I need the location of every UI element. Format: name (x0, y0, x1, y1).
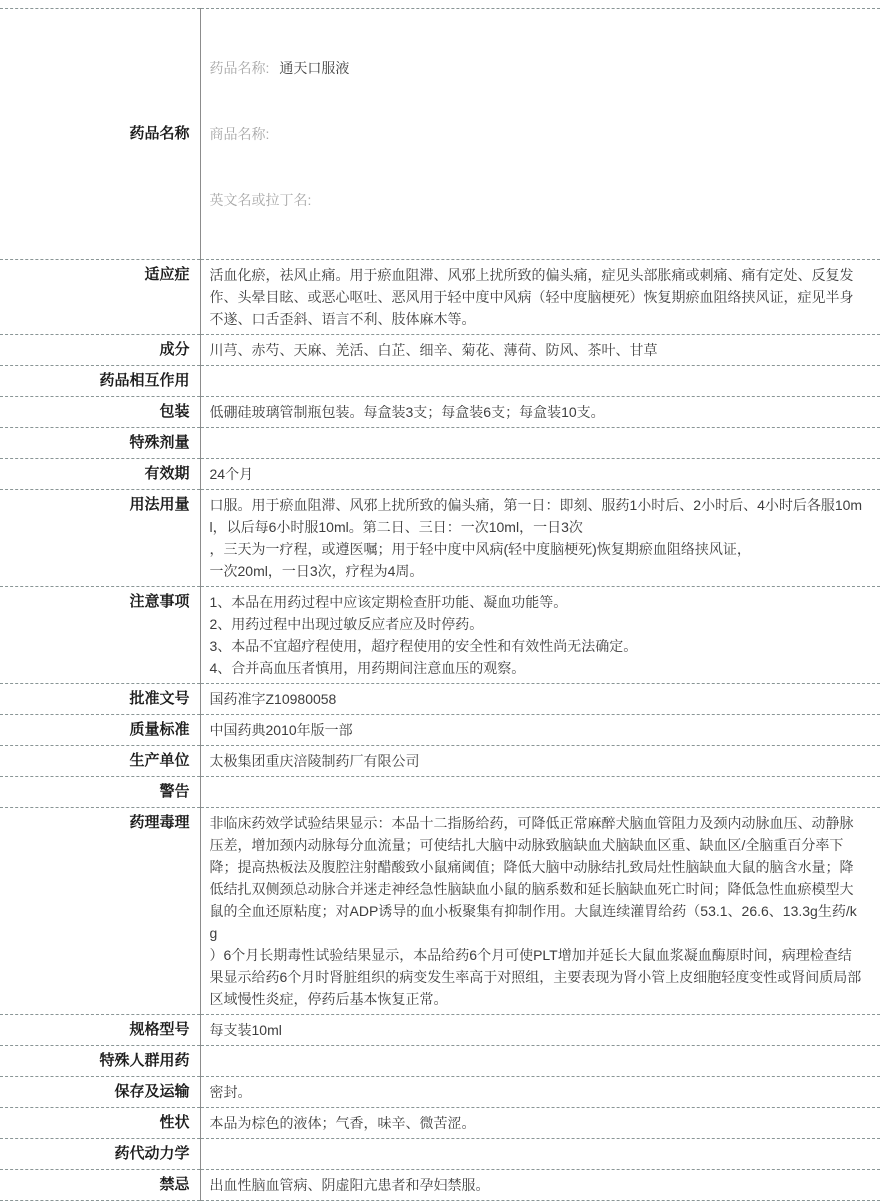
row-value (200, 366, 880, 397)
table-row-manufacturer: 生产单位 太极集团重庆涪陵制药厂有限公司 (0, 746, 880, 777)
row-label: 药代动力学 (0, 1139, 200, 1170)
row-value: 川芎、赤芍、天麻、羌活、白芷、细辛、菊花、薄荷、防风、茶叶、甘草 (200, 335, 880, 366)
row-value (200, 428, 880, 459)
table-row-description: 性状 本品为棕色的液体；气香，味辛、微苦涩。 (0, 1108, 880, 1139)
row-label: 药品相互作用 (0, 366, 200, 397)
row-value: 国药准字Z10980058 (200, 684, 880, 715)
row-label: 性状 (0, 1108, 200, 1139)
row-value: 非临床药效学试验结果显示：本品十二指肠给药，可降低正常麻醉犬脑血管阻力及颈内动脉… (200, 808, 880, 1015)
row-label: 有效期 (0, 459, 200, 490)
row-value: 活血化瘀，祛风止痛。用于瘀血阻滞、风邪上扰所致的偏头痛，症见头部胀痛或刺痛、痛有… (200, 260, 880, 335)
row-label: 质量标准 (0, 715, 200, 746)
row-value: 中国药典2010年版一部 (200, 715, 880, 746)
drug-name-line: 药品名称:通天口服液 (210, 57, 865, 79)
table-row-specification: 规格型号 每支装10ml (0, 1015, 880, 1046)
row-value (200, 777, 880, 808)
table-row-warning: 警告 (0, 777, 880, 808)
row-label: 用法用量 (0, 490, 200, 587)
row-value: 出血性脑血管病、阴虚阳亢患者和孕妇禁服。 (200, 1170, 880, 1201)
row-label: 药理毒理 (0, 808, 200, 1015)
row-value: 口服。用于瘀血阻滞、风邪上扰所致的偏头痛，第一日：即刻、服药1小时后、2小时后、… (200, 490, 880, 587)
drug-name-value: 通天口服液 (279, 60, 349, 76)
row-label: 适应症 (0, 260, 200, 335)
table-row-approval-number: 批准文号 国药准字Z10980058 (0, 684, 880, 715)
drug-name-sublabel: 药品名称: (210, 60, 270, 76)
row-value: 本品为棕色的液体；气香，味辛、微苦涩。 (200, 1108, 880, 1139)
table-row-shelf-life: 有效期 24个月 (0, 459, 880, 490)
row-label: 规格型号 (0, 1015, 200, 1046)
row-value: 每支装10ml (200, 1015, 880, 1046)
table-row-drug-name: 药品名称 药品名称:通天口服液 商品名称: 英文名或拉丁名: (0, 9, 880, 260)
table-row-special-populations: 特殊人群用药 (0, 1046, 880, 1077)
table-row-contraindications: 禁忌 出血性脑血管病、阴虚阳亢患者和孕妇禁服。 (0, 1170, 880, 1201)
row-value: 密封。 (200, 1077, 880, 1108)
row-label: 批准文号 (0, 684, 200, 715)
row-label: 成分 (0, 335, 200, 366)
english-name-sublabel: 英文名或拉丁名: (210, 189, 865, 211)
row-label: 警告 (0, 777, 200, 808)
row-value: 1、本品在用药过程中应该定期检查肝功能、凝血功能等。 2、用药过程中出现过敏反应… (200, 587, 880, 684)
table-row-special-dosage: 特殊剂量 (0, 428, 880, 459)
table-row-storage-transport: 保存及运输 密封。 (0, 1077, 880, 1108)
row-value: 低硼硅玻璃管制瓶包装。每盒装3支；每盒装6支；每盒装10支。 (200, 397, 880, 428)
row-value: 太极集团重庆涪陵制药厂有限公司 (200, 746, 880, 777)
table-row-pharmacokinetics: 药代动力学 (0, 1139, 880, 1170)
row-label: 特殊剂量 (0, 428, 200, 459)
table-row-packaging: 包装 低硼硅玻璃管制瓶包装。每盒装3支；每盒装6支；每盒装10支。 (0, 397, 880, 428)
row-value (200, 1046, 880, 1077)
table-row-ingredients: 成分 川芎、赤芍、天麻、羌活、白芷、细辛、菊花、薄荷、防风、茶叶、甘草 (0, 335, 880, 366)
trade-name-sublabel: 商品名称: (210, 123, 865, 145)
row-label: 注意事项 (0, 587, 200, 684)
table-row-dosage-administration: 用法用量 口服。用于瘀血阻滞、风邪上扰所致的偏头痛，第一日：即刻、服药1小时后、… (0, 490, 880, 587)
table-row-quality-standard: 质量标准 中国药典2010年版一部 (0, 715, 880, 746)
row-label: 生产单位 (0, 746, 200, 777)
row-label: 包装 (0, 397, 200, 428)
table-row-precautions: 注意事项 1、本品在用药过程中应该定期检查肝功能、凝血功能等。 2、用药过程中出… (0, 587, 880, 684)
row-value-drug-name: 药品名称:通天口服液 商品名称: 英文名或拉丁名: (200, 9, 880, 260)
table-row-drug-interactions: 药品相互作用 (0, 366, 880, 397)
row-label-drug-name: 药品名称 (0, 9, 200, 260)
row-label: 禁忌 (0, 1170, 200, 1201)
table-row-pharmacology-toxicology: 药理毒理 非临床药效学试验结果显示：本品十二指肠给药，可降低正常麻醉犬脑血管阻力… (0, 808, 880, 1015)
row-label: 保存及运输 (0, 1077, 200, 1108)
row-value: 24个月 (200, 459, 880, 490)
row-label: 特殊人群用药 (0, 1046, 200, 1077)
drug-info-table: 药品名称 药品名称:通天口服液 商品名称: 英文名或拉丁名: 适应症 活血化瘀，… (0, 8, 880, 1201)
row-value (200, 1139, 880, 1170)
table-row-indications: 适应症 活血化瘀，祛风止痛。用于瘀血阻滞、风邪上扰所致的偏头痛，症见头部胀痛或刺… (0, 260, 880, 335)
